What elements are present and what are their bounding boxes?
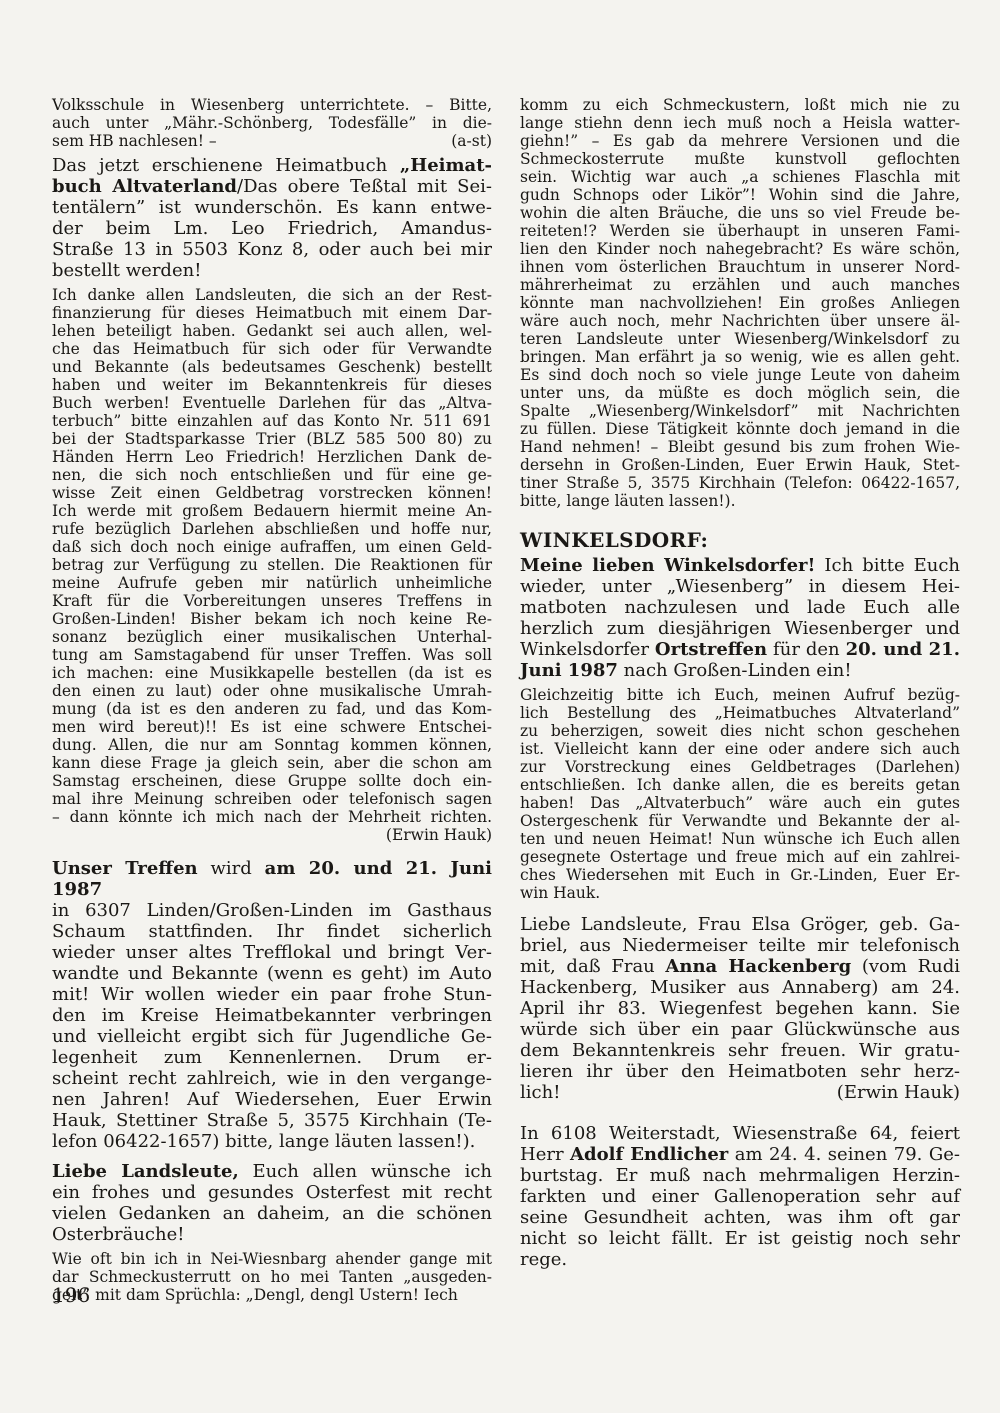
text-segment: giehn!” – Es gab da mehrere Versionen un… — [520, 132, 960, 150]
text-line: Hand nehmen! – Bleibt gesund bis zum fro… — [520, 438, 960, 456]
text-line: Großen-Linden! Bisher bekam ich noch kei… — [52, 610, 492, 628]
text-line: haben und weiter im Bekanntenkreis für d… — [52, 376, 492, 394]
text-segment: matboten nachzulesen und lade Euch alle — [520, 597, 960, 618]
text-segment: könnte man nachvollziehen! Ein großes An… — [520, 294, 960, 312]
text-segment: ches Wiedersehen mit Euch in Gr.-Linden,… — [520, 866, 960, 884]
text-segment: kann diese Frage ja gleich sein, aber di… — [52, 754, 492, 772]
text-segment: finanzierung für dieses Heimatbuch mit e… — [52, 304, 492, 322]
text-segment: mal ihre Meinung schreiben oder telefoni… — [52, 790, 492, 808]
text-segment: che das Heimatbuch für sich oder für Ver… — [52, 340, 492, 358]
text-line: mit, daß Frau Anna Hackenberg (vom Rudi — [520, 956, 960, 977]
text-line: lich!(Erwin Hauk) — [520, 1082, 960, 1103]
text-segment: gelt” mit dam Sprüchla: „Dengl, dengl Us… — [52, 1286, 458, 1304]
text-segment: wieder, unter „Wiesenberg” in diesem Hei… — [520, 576, 960, 597]
text-line: WINKELSDORF: — [520, 530, 960, 551]
heading-winkelsdorf: WINKELSDORF: — [520, 530, 960, 551]
text-segment: lich! — [520, 1082, 560, 1103]
page-number: 196 — [52, 1283, 90, 1307]
text-line: ist. Vielleicht kann der eine oder ander… — [520, 740, 960, 758]
text-segment: Euch allen wünsche ich — [239, 1161, 492, 1182]
text-segment: burtstag. Er muß nach mehrmaligen Herzin… — [520, 1165, 960, 1186]
text-segment: wieder unser altes Trefflokal und bringt… — [52, 942, 492, 963]
text-line: lieren ihr über den Heimatboten sehr her… — [520, 1061, 960, 1082]
text-line: gudn Schnops oder Likör”! Wohin sind die… — [520, 186, 960, 204]
para-aufruf-heimatbuch: Gleichzeitig bitte ich Euch, meinen Aufr… — [520, 686, 960, 902]
text-line: Ich danke allen Landsleuten, die sich an… — [52, 286, 492, 304]
text-line: meine Aufrufe geben mir natürlich unheim… — [52, 574, 492, 592]
text-segment: der beim Lm. Leo Friedrich, Amandus- — [52, 218, 492, 239]
text-segment: win Hauk. — [520, 884, 600, 902]
text-segment: ein frohes und gesundes Osterfest mit re… — [52, 1182, 492, 1203]
text-segment: Adolf Endlicher — [570, 1144, 728, 1165]
text-segment: Herr — [520, 1144, 570, 1165]
text-segment: sem HB nachlesen! – — [52, 132, 217, 150]
text-segment: legenheit zum Kennenlernen. Drum er- — [52, 1047, 492, 1068]
text-line: Liebe Landsleute, Frau Elsa Gröger, geb.… — [520, 914, 960, 935]
text-line: nen, die sich noch entschließen und für … — [52, 466, 492, 484]
text-line: gesegnete Ostertage und freue mich auf e… — [520, 848, 960, 866]
text-line: wieder unser altes Trefflokal und bringt… — [52, 942, 492, 963]
text-segment: Hand nehmen! – Bleibt gesund bis zum fro… — [520, 438, 960, 456]
text-segment: Meine lieben Winkelsdorfer! — [520, 555, 815, 576]
signature: (Erwin Hauk) — [837, 1082, 960, 1103]
text-line: seine Gesundheit achten, was ihm oft gar — [520, 1207, 960, 1228]
text-segment: haben und weiter im Bekanntenkreis für d… — [52, 376, 492, 394]
text-segment: (Erwin Hauk) — [386, 826, 492, 844]
text-segment: Unser Treffen — [52, 858, 198, 879]
text-segment: in 6307 Linden/Großen-Linden im Gasthaus — [52, 900, 492, 921]
text-segment: – dann könnte ich mich nach der Mehrheit… — [52, 808, 492, 826]
text-segment: Ortstreffen — [655, 639, 767, 660]
scanned-document-page: Volksschule in Wiesenberg unterrichtete.… — [0, 0, 1000, 1413]
left-column: Volksschule in Wiesenberg unterrichtete.… — [52, 96, 492, 1309]
text-segment: bestellt werden! — [52, 260, 201, 281]
text-line: Straße 13 in 5503 Konz 8, oder auch bei … — [52, 239, 492, 260]
text-line: und vielleicht ergibt sich für Jugendlic… — [52, 1026, 492, 1047]
text-segment: lien den Kinder noch nahegebracht? Es wä… — [520, 240, 960, 258]
text-line: men wird bereut)!! Es ist eine schwere E… — [52, 718, 492, 736]
text-segment: Ich bitte Euch — [815, 555, 960, 576]
text-segment: Händen Herrn Leo Friedrich! Herzlichen D… — [52, 448, 492, 466]
text-segment: wandte und Bekannte (wenn es geht) im Au… — [52, 963, 492, 984]
text-line: bestellt werden! — [52, 260, 492, 281]
para-adolf-endlicher: In 6108 Weiterstadt, Wiesenstraße 64, fe… — [520, 1123, 960, 1270]
text-line: bitte, lange läuten lassen!). — [520, 492, 960, 510]
text-segment: buch Altvaterland — [52, 176, 237, 197]
text-segment: dersehn in Großen-Linden, Euer Erwin Hau… — [520, 456, 960, 474]
text-segment: bitte, lange läuten lassen!). — [520, 492, 736, 510]
text-segment: ten und neuen Heimat! Nun wünsche ich Eu… — [520, 830, 960, 848]
text-line: briel, aus Niedermeiser teilte mir telef… — [520, 935, 960, 956]
text-line: könnte man nachvollziehen! Ein großes An… — [520, 294, 960, 312]
text-segment: ist. Vielleicht kann der eine oder ander… — [520, 740, 960, 758]
text-segment: wisse Zeit einen Geldbetrag vorstrecken … — [52, 484, 492, 502]
text-line: Buch werben! Eventuelle Darlehen für das… — [52, 394, 492, 412]
text-segment: mung (da ist es den anderen zu fad, und … — [52, 700, 492, 718]
text-segment: mit, daß Frau — [520, 956, 665, 977]
text-line: wäre auch noch, mehr Nachrichten über un… — [520, 312, 960, 330]
text-segment: Buch werben! Eventuelle Darlehen für das… — [52, 394, 492, 412]
text-line: matboten nachzulesen und lade Euch alle — [520, 597, 960, 618]
text-line: sein. Wichtig war auch „a schienes Flasc… — [520, 168, 960, 186]
text-line: dar Schmeckusterrutt on ho mei Tanten „a… — [52, 1268, 492, 1286]
text-segment: sonanz bezüglich einer musikalischen Unt… — [52, 628, 492, 646]
para-liebe-landsleute-ostern: Liebe Landsleute, Euch allen wünsche ich… — [52, 1161, 492, 1245]
text-line: burtstag. Er muß nach mehrmaligen Herzin… — [520, 1165, 960, 1186]
text-segment: lefon 06422-1657) bitte, lange läuten la… — [52, 1131, 475, 1152]
text-line: dersehn in Großen-Linden, Euer Erwin Hau… — [520, 456, 960, 474]
para-meine-lieben-winkelsdorfer: Meine lieben Winkelsdorfer! Ich bitte Eu… — [520, 555, 960, 681]
text-segment: tentälern” ist wunderschön. Es kann entw… — [52, 197, 492, 218]
text-line: mung (da ist es den anderen zu fad, und … — [52, 700, 492, 718]
text-segment: Volksschule in Wiesenberg unterrichtete.… — [52, 96, 492, 114]
text-segment: komm zu eich Schmeckustern, loßt mich ni… — [520, 96, 960, 114]
text-segment: nicht so leicht fällt. Er ist geistig no… — [520, 1228, 960, 1249]
text-segment: /Das obere Teßtal mit Sei- — [237, 176, 492, 197]
text-line: terbuch” bitte einzahlen auf das Konto N… — [52, 412, 492, 430]
text-segment: lehen beteiligt haben. Gedankt sei auch … — [52, 322, 492, 340]
text-segment: für den — [767, 639, 845, 660]
text-line: daß sich doch noch einige aufraffen, um … — [52, 538, 492, 556]
text-line: zur Vorstreckung eines Geldbetrages (Dar… — [520, 758, 960, 776]
text-line: nen Jahren! Auf Wiedersehen, Euer Erwin — [52, 1089, 492, 1110]
text-line: mährerheimat zu erzählen und auch manche… — [520, 276, 960, 294]
para-unser-treffen: Unser Treffen wird am 20. und 21. Juni 1… — [52, 858, 492, 1152]
text-segment: „Heimat- — [400, 155, 492, 176]
text-segment: ihnen vom österlichen Brauchtum in unser… — [520, 258, 960, 276]
text-line: den im Kreise Heimatbekannter verbringen — [52, 1005, 492, 1026]
text-line: nicht so leicht fällt. Er ist geistig no… — [520, 1228, 960, 1249]
text-segment: reiteten!? Werden sie überhaupt in unser… — [520, 222, 960, 240]
text-segment: briel, aus Niedermeiser teilte mir telef… — [520, 935, 960, 956]
text-segment: Ich werde mit großem Bedauern hiermit me… — [52, 502, 492, 520]
text-line: dem Bekanntenkreis sehr freuen. Wir grat… — [520, 1040, 960, 1061]
text-line: komm zu eich Schmeckustern, loßt mich ni… — [520, 96, 960, 114]
text-line: Liebe Landsleute, Euch allen wünsche ich — [52, 1161, 492, 1182]
text-line: wieder, unter „Wiesenberg” in diesem Hei… — [520, 576, 960, 597]
text-line: Es sind doch noch so viele junge Leute v… — [520, 366, 960, 384]
text-segment: wäre auch noch, mehr Nachrichten über un… — [520, 312, 960, 330]
text-segment: daß sich doch noch einige aufraffen, um … — [52, 538, 492, 556]
text-line: mit! Wir wollen wieder ein paar frohe St… — [52, 984, 492, 1005]
text-segment: lange stiehn denn iech muß noch a Heisla… — [520, 114, 960, 132]
text-segment: betrag zur Verfügung zu stellen. Die Rea… — [52, 556, 492, 574]
text-segment: vielen Gedanken an daheim, an die schöne… — [52, 1203, 492, 1224]
text-segment: Gleichzeitig bitte ich Euch, meinen Aufr… — [520, 686, 960, 704]
text-line: Herr Adolf Endlicher am 24. 4. seinen 79… — [520, 1144, 960, 1165]
text-segment: den einen zu laut) oder ohne musikalisch… — [52, 682, 492, 700]
text-line: lange stiehn denn iech muß noch a Heisla… — [520, 114, 960, 132]
text-segment: wohin die alten Bräuche, die uns so viel… — [520, 204, 960, 222]
text-segment: Straße 13 in 5503 Konz 8, oder auch bei … — [52, 239, 492, 260]
text-segment: gesegnete Ostertage und freue mich auf e… — [520, 848, 960, 866]
text-segment: nen, die sich noch entschließen und für … — [52, 466, 492, 484]
text-segment: men wird bereut)!! Es ist eine schwere E… — [52, 718, 492, 736]
text-segment: lieren ihr über den Heimatboten sehr her… — [520, 1061, 960, 1082]
text-line: dung. Allen, die nur am Sonntag kommen k… — [52, 736, 492, 754]
text-segment: tiner Straße 5, 3575 Kirchhain (Telefon:… — [520, 474, 960, 492]
text-line: lien den Kinder noch nahegebracht? Es wä… — [520, 240, 960, 258]
text-line: reiteten!? Werden sie überhaupt in unser… — [520, 222, 960, 240]
text-line: wisse Zeit einen Geldbetrag vorstrecken … — [52, 484, 492, 502]
text-line: sonanz bezüglich einer musikalischen Unt… — [52, 628, 492, 646]
text-line: entschließen. Ich danke allen, die es be… — [520, 776, 960, 794]
text-line: Ich werde mit großem Bedauern hiermit me… — [52, 502, 492, 520]
text-segment: Anna Hackenberg — [665, 956, 851, 977]
text-line: und Bekannte (als bedeutsames Geschenk) … — [52, 358, 492, 376]
text-line: Juni 1987 nach Großen-Linden ein! — [520, 660, 960, 681]
text-segment: wird — [198, 858, 265, 879]
two-column-layout: Volksschule in Wiesenberg unterrichtete.… — [52, 96, 1000, 1309]
text-segment: farkten und einer Gallenoperation sehr a… — [520, 1186, 960, 1207]
text-line: bei der Stadtsparkasse Trier (BLZ 585 50… — [52, 430, 492, 448]
text-segment: haben! Das „Altvaterbuch” wäre auch ein … — [520, 794, 960, 812]
text-line: Schaum stattfinden. Ihr findet sicherlic… — [52, 921, 492, 942]
right-column: komm zu eich Schmeckustern, loßt mich ni… — [520, 96, 960, 1309]
text-line: farkten und einer Gallenoperation sehr a… — [520, 1186, 960, 1207]
text-line: lich Bestellung des „Heimatbuches Altvat… — [520, 704, 960, 722]
text-segment: Hauk, Stettiner Straße 5, 3575 Kirchhain… — [52, 1110, 492, 1131]
text-segment: zu füllen. Diese Tätigkeit könnte doch j… — [520, 420, 960, 438]
text-line: ches Wiedersehen mit Euch in Gr.-Linden,… — [520, 866, 960, 884]
text-segment: dar Schmeckusterrutt on ho mei Tanten „a… — [52, 1268, 492, 1286]
text-segment: und vielleicht ergibt sich für Jugendlic… — [52, 1026, 492, 1047]
text-line: Spalte „Wiesenberg/Winkelsdorf” mit Nach… — [520, 402, 960, 420]
text-line: finanzierung für dieses Heimatbuch mit e… — [52, 304, 492, 322]
text-line: mal ihre Meinung schreiben oder telefoni… — [52, 790, 492, 808]
text-line: ich machen: eine Musikkapelle bestellen … — [52, 664, 492, 682]
text-line: Schmeckosterrute mußte kunstvoll gefloch… — [520, 150, 960, 168]
text-segment: Schmeckosterrute mußte kunstvoll gefloch… — [520, 150, 960, 168]
text-segment: zu beherzigen, soweit dies nicht schon g… — [520, 722, 960, 740]
text-line: tentälern” ist wunderschön. Es kann entw… — [52, 197, 492, 218]
text-segment: und Bekannte (als bedeutsames Geschenk) … — [52, 358, 492, 376]
text-segment: Wie oft bin ich in Nei-Wiesnbarg ahender… — [52, 1250, 492, 1268]
para-anna-hackenberg: Liebe Landsleute, Frau Elsa Gröger, geb.… — [520, 914, 960, 1103]
text-segment: scheint recht zahlreich, wie in den verg… — [52, 1068, 492, 1089]
text-segment: Liebe Landsleute, — [52, 1161, 239, 1182]
text-line: Samstag erscheinen, diese Gruppe sollte … — [52, 772, 492, 790]
text-segment: herzlich zum diesjährigen Wiesenberger u… — [520, 618, 960, 639]
text-line: che das Heimatbuch für sich oder für Ver… — [52, 340, 492, 358]
text-segment: gudn Schnops oder Likör”! Wohin sind die… — [520, 186, 960, 204]
para-schmeckostern-continuation: komm zu eich Schmeckustern, loßt mich ni… — [520, 96, 960, 510]
text-segment: WINKELSDORF: — [520, 528, 708, 552]
text-segment: seine Gesundheit achten, was ihm oft gar — [520, 1207, 960, 1228]
text-segment: nen Jahren! Auf Wiedersehen, Euer Erwin — [52, 1089, 492, 1110]
text-segment: auch unter „Mähr.-Schönberg, Todesfälle”… — [52, 114, 492, 132]
text-line: rufe bezüglich Darlehen abschließen und … — [52, 520, 492, 538]
para-volksschule-continuation: Volksschule in Wiesenberg unterrichtete.… — [52, 96, 492, 150]
text-line: bringen. Man erfährt ja so wenig, wie es… — [520, 348, 960, 366]
text-line: Händen Herrn Leo Friedrich! Herzlichen D… — [52, 448, 492, 466]
text-segment: Osterbräuche! — [52, 1224, 185, 1245]
text-line: ten und neuen Heimat! Nun wünsche ich Eu… — [520, 830, 960, 848]
text-line: zu beherzigen, soweit dies nicht schon g… — [520, 722, 960, 740]
text-segment: Es sind doch noch so viele junge Leute v… — [520, 366, 960, 384]
text-line: Gleichzeitig bitte ich Euch, meinen Aufr… — [520, 686, 960, 704]
text-segment: In 6108 Weiterstadt, Wiesenstraße 64, fe… — [520, 1123, 960, 1144]
text-segment: Samstag erscheinen, diese Gruppe sollte … — [52, 772, 492, 790]
text-segment: Schaum stattfinden. Ihr findet sicherlic… — [52, 921, 492, 942]
text-segment: zur Vorstreckung eines Geldbetrages (Dar… — [520, 758, 960, 776]
text-segment: dem Bekanntenkreis sehr freuen. Wir grat… — [520, 1040, 960, 1061]
text-line: teren Landsleute unter Wiesenberg/Winkel… — [520, 330, 960, 348]
text-line: Kraft für die Vorbereitungen unseres Tre… — [52, 592, 492, 610]
text-segment: rege. — [520, 1249, 567, 1270]
text-line: Hauk, Stettiner Straße 5, 3575 Kirchhain… — [52, 1110, 492, 1131]
text-line: unter uns, da müßte es doch möglich sein… — [520, 384, 960, 402]
text-segment: Ich danke allen Landsleuten, die sich an… — [52, 286, 492, 304]
para-mundart-ostern: Wie oft bin ich in Nei-Wiesnbarg ahender… — [52, 1250, 492, 1304]
text-line: ein frohes und gesundes Osterfest mit re… — [52, 1182, 492, 1203]
text-line: haben! Das „Altvaterbuch” wäre auch ein … — [520, 794, 960, 812]
text-line: Ostergeschenk für Verwandte und Bekannte… — [520, 812, 960, 830]
text-line: (Erwin Hauk) — [52, 826, 492, 844]
text-line: buch Altvaterland/Das obere Teßtal mit S… — [52, 176, 492, 197]
text-segment: Winkelsdorfer — [520, 639, 655, 660]
text-line: vielen Gedanken an daheim, an die schöne… — [52, 1203, 492, 1224]
text-line: giehn!” – Es gab da mehrere Versionen un… — [520, 132, 960, 150]
text-segment: bringen. Man erfährt ja so wenig, wie es… — [520, 348, 960, 366]
text-line: Wie oft bin ich in Nei-Wiesnbarg ahender… — [52, 1250, 492, 1268]
text-segment: rufe bezüglich Darlehen abschließen und … — [52, 520, 492, 538]
text-line: rege. — [520, 1249, 960, 1270]
text-segment: den im Kreise Heimatbekannter verbringen — [52, 1005, 492, 1026]
text-line: April ihr 83. Wiegenfest begehen kann. S… — [520, 998, 960, 1019]
text-segment: würde sich über ein paar Glückwünsche au… — [520, 1019, 960, 1040]
text-segment: mährerheimat zu erzählen und auch manche… — [520, 276, 960, 294]
text-segment: Spalte „Wiesenberg/Winkelsdorf” mit Nach… — [520, 402, 960, 420]
text-line: – dann könnte ich mich nach der Mehrheit… — [52, 808, 492, 826]
text-segment: (vom Rudi — [851, 956, 960, 977]
text-line: tiner Straße 5, 3575 Kirchhain (Telefon:… — [520, 474, 960, 492]
text-segment: Großen-Linden! Bisher bekam ich noch kei… — [52, 610, 492, 628]
text-line: zu füllen. Diese Tätigkeit könnte doch j… — [520, 420, 960, 438]
text-segment: 20. und 21. — [846, 639, 960, 660]
text-line: In 6108 Weiterstadt, Wiesenstraße 64, fe… — [520, 1123, 960, 1144]
text-segment: entschließen. Ich danke allen, die es be… — [520, 776, 960, 794]
text-line: kann diese Frage ja gleich sein, aber di… — [52, 754, 492, 772]
text-line: Das jetzt erschienene Heimatbuch „Heimat… — [52, 155, 492, 176]
text-line: tung am Samstagabend für unser Treffen. … — [52, 646, 492, 664]
text-segment: sein. Wichtig war auch „a schienes Flasc… — [520, 168, 960, 186]
text-line: legenheit zum Kennenlernen. Drum er- — [52, 1047, 492, 1068]
text-segment: unter uns, da müßte es doch möglich sein… — [520, 384, 960, 402]
text-line: lehen beteiligt haben. Gedankt sei auch … — [52, 322, 492, 340]
text-line: Winkelsdorfer Ortstreffen für den 20. un… — [520, 639, 960, 660]
text-line: auch unter „Mähr.-Schönberg, Todesfälle”… — [52, 114, 492, 132]
text-line: Volksschule in Wiesenberg unterrichtete.… — [52, 96, 492, 114]
para-heimatbuch-announcement: Das jetzt erschienene Heimatbuch „Heimat… — [52, 155, 492, 281]
text-line: ihnen vom österlichen Brauchtum in unser… — [520, 258, 960, 276]
signature: (a-st) — [451, 132, 492, 150]
text-line: betrag zur Verfügung zu stellen. Die Rea… — [52, 556, 492, 574]
text-segment: Ostergeschenk für Verwandte und Bekannte… — [520, 812, 960, 830]
text-segment: mit! Wir wollen wieder ein paar frohe St… — [52, 984, 492, 1005]
text-segment: Das jetzt erschienene Heimatbuch — [52, 155, 400, 176]
text-segment: tung am Samstagabend für unser Treffen. … — [52, 646, 492, 664]
text-segment: Juni 1987 — [520, 660, 618, 681]
text-line: den einen zu laut) oder ohne musikalisch… — [52, 682, 492, 700]
text-line: in 6307 Linden/Großen-Linden im Gasthaus — [52, 900, 492, 921]
text-segment: bei der Stadtsparkasse Trier (BLZ 585 50… — [52, 430, 492, 448]
text-segment: terbuch” bitte einzahlen auf das Konto N… — [52, 412, 492, 430]
text-line: lefon 06422-1657) bitte, lange läuten la… — [52, 1131, 492, 1152]
text-line: Meine lieben Winkelsdorfer! Ich bitte Eu… — [520, 555, 960, 576]
text-segment: nach Großen-Linden ein! — [618, 660, 852, 681]
text-segment: am 24. 4. seinen 79. Ge- — [728, 1144, 960, 1165]
text-segment: Liebe Landsleute, Frau Elsa Gröger, geb.… — [520, 914, 960, 935]
text-line: würde sich über ein paar Glückwünsche au… — [520, 1019, 960, 1040]
text-segment: Hackenberg, Musiker aus Annaberg) am 24. — [520, 977, 960, 998]
text-segment: teren Landsleute unter Wiesenberg/Winkel… — [520, 330, 960, 348]
text-segment: ich machen: eine Musikkapelle bestellen … — [52, 664, 492, 682]
text-line: herzlich zum diesjährigen Wiesenberger u… — [520, 618, 960, 639]
text-line: gelt” mit dam Sprüchla: „Dengl, dengl Us… — [52, 1286, 492, 1304]
text-line: wandte und Bekannte (wenn es geht) im Au… — [52, 963, 492, 984]
text-segment: April ihr 83. Wiegenfest begehen kann. S… — [520, 998, 960, 1019]
text-segment: lich Bestellung des „Heimatbuches Altvat… — [520, 704, 960, 722]
text-segment: dung. Allen, die nur am Sonntag kommen k… — [52, 736, 492, 754]
text-line: sem HB nachlesen! –(a-st) — [52, 132, 492, 150]
para-dank-und-darlehen: Ich danke allen Landsleuten, die sich an… — [52, 286, 492, 844]
text-segment: Kraft für die Vorbereitungen unseres Tre… — [52, 592, 492, 610]
text-line: Unser Treffen wird am 20. und 21. Juni 1… — [52, 858, 492, 900]
text-line: wohin die alten Bräuche, die uns so viel… — [520, 204, 960, 222]
text-line: scheint recht zahlreich, wie in den verg… — [52, 1068, 492, 1089]
text-line: der beim Lm. Leo Friedrich, Amandus- — [52, 218, 492, 239]
text-line: Osterbräuche! — [52, 1224, 492, 1245]
text-line: win Hauk. — [520, 884, 960, 902]
text-line: Hackenberg, Musiker aus Annaberg) am 24. — [520, 977, 960, 998]
text-segment: meine Aufrufe geben mir natürlich unheim… — [52, 574, 492, 592]
